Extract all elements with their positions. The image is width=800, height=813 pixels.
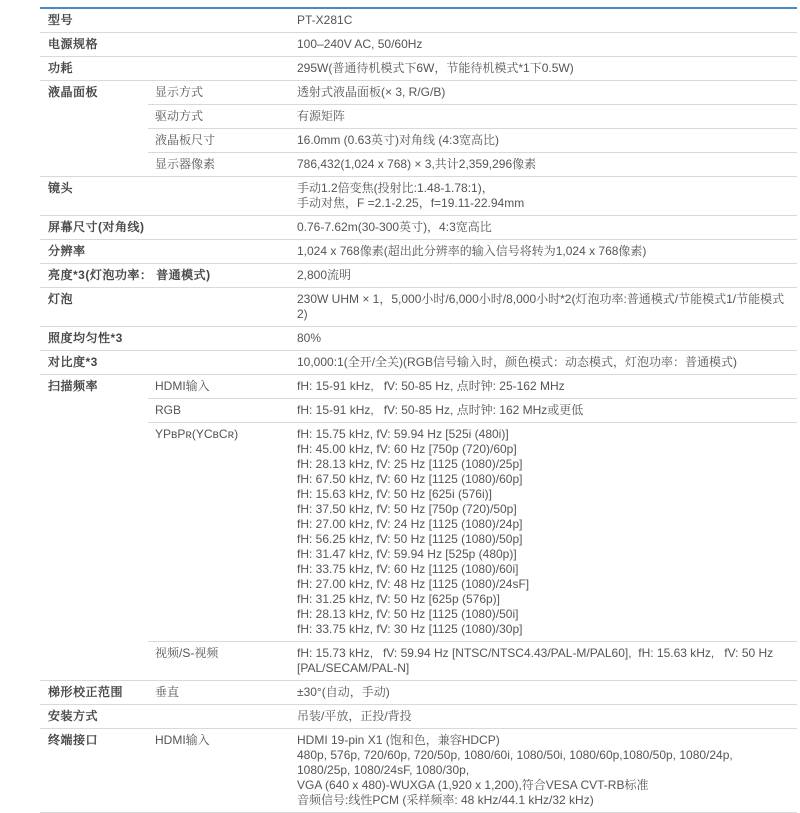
row-uniformity: 照度均匀性*3 80% xyxy=(40,327,797,351)
subrow-label: 视频/S-视频 xyxy=(148,642,295,680)
row-label: 分辨率 xyxy=(40,240,295,263)
subrow-label: YPʙPʀ(YCʙCʀ) xyxy=(148,423,295,641)
subrow-label: 显示器像素 xyxy=(148,153,295,176)
subrow-panel-size: 液晶板尺寸 16.0mm (0.63英寸)对角线 (4:3宽高比) xyxy=(148,129,797,153)
row-power-consumption: 功耗 295W(普通待机模式下6W，节能待机模式*1下0.5W) xyxy=(40,57,797,81)
subrow-display-pixels: 显示器像素 786,432(1,024 x 768) × 3,共计2,359,2… xyxy=(148,153,797,176)
row-lamp: 灯泡 230W UHM × 1，5,000小时/6,000小时/8,000小时*… xyxy=(40,288,797,327)
row-label: 型号 xyxy=(40,9,295,32)
row-model: 型号 PT-X281C xyxy=(40,9,797,33)
row-label: 功耗 xyxy=(40,57,295,80)
row-label: 液晶面板 xyxy=(40,81,148,176)
row-label: 镜头 xyxy=(40,177,295,215)
subrow-label: 液晶板尺寸 xyxy=(148,129,295,152)
row-label: 对比度*3 xyxy=(40,351,295,374)
spec-table: 型号 PT-X281C 电源规格 100–240V AC, 50/60Hz 功耗… xyxy=(40,7,797,800)
subrow-label: 垂直 xyxy=(148,681,295,704)
subrow-value: 16.0mm (0.63英寸)对角线 (4:3宽高比) xyxy=(295,129,797,152)
row-value: PT-X281C xyxy=(295,9,797,32)
subrow-label: HDMI输入 xyxy=(148,729,295,800)
row-value: 2,800流明 xyxy=(295,264,797,287)
subrow-value: 透射式液晶面板(× 3, R/G/B) xyxy=(295,81,797,104)
row-power-supply: 电源规格 100–240V AC, 50/60Hz xyxy=(40,33,797,57)
keystone-subrows: 垂直 ±30°(自动，手动) xyxy=(148,681,797,704)
row-value: 80% xyxy=(295,327,797,350)
row-value: 手动1.2倍变焦(投射比:1.48-1.78:1)， 手动对焦，F =2.1-2… xyxy=(295,177,797,215)
subrow-value: ±30°(自动，手动) xyxy=(295,681,797,704)
subrow-value: fH: 15-91 kHz, fV: 50-85 Hz, 点时钟: 25-162… xyxy=(295,375,797,398)
row-value: 吊装/平放，正投/背投 xyxy=(295,705,797,728)
row-label: 扫描频率 xyxy=(40,375,148,680)
row-brightness: 亮度*3(灯泡功率： 普通模式) 2,800流明 xyxy=(40,264,797,288)
scanning-frequency-subrows: HDMI输入 fH: 15-91 kHz, fV: 50-85 Hz, 点时钟:… xyxy=(148,375,797,680)
subrow-label: 驱动方式 xyxy=(148,105,295,128)
subrow-label: 显示方式 xyxy=(148,81,295,104)
subrow-value: fH: 15.73 kHz, fV: 59.94 Hz [NTSC/NTSC4.… xyxy=(295,642,797,680)
row-value: 0.76-7.62m(30-300英寸)，4:3宽高比 xyxy=(295,216,797,239)
row-value: 1,024 x 768像素(超出此分辨率的输入信号将转为1,024 x 768像… xyxy=(295,240,797,263)
row-label: 终端接口 xyxy=(40,729,148,800)
row-scanning-frequency: 扫描频率 HDMI输入 fH: 15-91 kHz, fV: 50-85 Hz,… xyxy=(40,375,797,681)
subrow-ypbpr: YPʙPʀ(YCʙCʀ) fH: 15.75 kHz, fV: 59.94 Hz… xyxy=(148,423,797,642)
subrow-terminal-hdmi-input: HDMI输入 HDMI 19-pin X1 (饱和色，兼容HDCP) 480p,… xyxy=(148,729,797,800)
row-value: 100–240V AC, 50/60Hz xyxy=(295,33,797,56)
row-screen-size: 屏幕尺寸(对角线) 0.76-7.62m(30-300英寸)，4:3宽高比 xyxy=(40,216,797,240)
subrow-display-method: 显示方式 透射式液晶面板(× 3, R/G/B) xyxy=(148,81,797,105)
subrow-value: 786,432(1,024 x 768) × 3,共计2,359,296像素 xyxy=(295,153,797,176)
row-label: 灯泡 xyxy=(40,288,295,326)
row-value: 295W(普通待机模式下6W，节能待机模式*1下0.5W) xyxy=(295,57,797,80)
subrow-value: HDMI 19-pin X1 (饱和色，兼容HDCP) 480p, 576p, … xyxy=(295,729,797,800)
subrow-value: fH: 15-91 kHz, fV: 50-85 Hz, 点时钟: 162 MH… xyxy=(295,399,797,422)
row-label: 梯形校正范围 xyxy=(40,681,148,704)
row-label: 照度均匀性*3 xyxy=(40,327,295,350)
terminals-subrows: HDMI输入 HDMI 19-pin X1 (饱和色，兼容HDCP) 480p,… xyxy=(148,729,797,800)
subrow-vertical: 垂直 ±30°(自动，手动) xyxy=(148,681,797,704)
subrow-label: HDMI输入 xyxy=(148,375,295,398)
subrow-rgb: RGB fH: 15-91 kHz, fV: 50-85 Hz, 点时钟: 16… xyxy=(148,399,797,423)
subrow-video-svideo: 视频/S-视频 fH: 15.73 kHz, fV: 59.94 Hz [NTS… xyxy=(148,642,797,680)
row-terminals: 终端接口 HDMI输入 HDMI 19-pin X1 (饱和色，兼容HDCP) … xyxy=(40,729,797,800)
subrow-label: RGB xyxy=(148,399,295,422)
subrow-driving-method: 驱动方式 有源矩阵 xyxy=(148,105,797,129)
subrow-hdmi-input: HDMI输入 fH: 15-91 kHz, fV: 50-85 Hz, 点时钟:… xyxy=(148,375,797,399)
row-label: 屏幕尺寸(对角线) xyxy=(40,216,295,239)
row-lcd-panel: 液晶面板 显示方式 透射式液晶面板(× 3, R/G/B) 驱动方式 有源矩阵 … xyxy=(40,81,797,177)
row-keystone-correction: 梯形校正范围 垂直 ±30°(自动，手动) xyxy=(40,681,797,705)
row-lens: 镜头 手动1.2倍变焦(投射比:1.48-1.78:1)， 手动对焦，F =2.… xyxy=(40,177,797,216)
row-installation: 安装方式 吊装/平放，正投/背投 xyxy=(40,705,797,729)
subrow-value: fH: 15.75 kHz, fV: 59.94 Hz [525i (480i)… xyxy=(295,423,797,641)
row-label: 安装方式 xyxy=(40,705,295,728)
row-resolution: 分辨率 1,024 x 768像素(超出此分辨率的输入信号将转为1,024 x … xyxy=(40,240,797,264)
row-label: 亮度*3(灯泡功率： 普通模式) xyxy=(40,264,295,287)
row-contrast: 对比度*3 10,000:1(全开/全关)(RGB信号输入时，颜色模式：动态模式… xyxy=(40,351,797,375)
row-label: 电源规格 xyxy=(40,33,295,56)
lcd-panel-subrows: 显示方式 透射式液晶面板(× 3, R/G/B) 驱动方式 有源矩阵 液晶板尺寸… xyxy=(148,81,797,176)
row-value: 10,000:1(全开/全关)(RGB信号输入时，颜色模式：动态模式，灯泡功率：… xyxy=(295,351,797,374)
row-value: 230W UHM × 1，5,000小时/6,000小时/8,000小时*2(灯… xyxy=(295,288,797,326)
subrow-value: 有源矩阵 xyxy=(295,105,797,128)
